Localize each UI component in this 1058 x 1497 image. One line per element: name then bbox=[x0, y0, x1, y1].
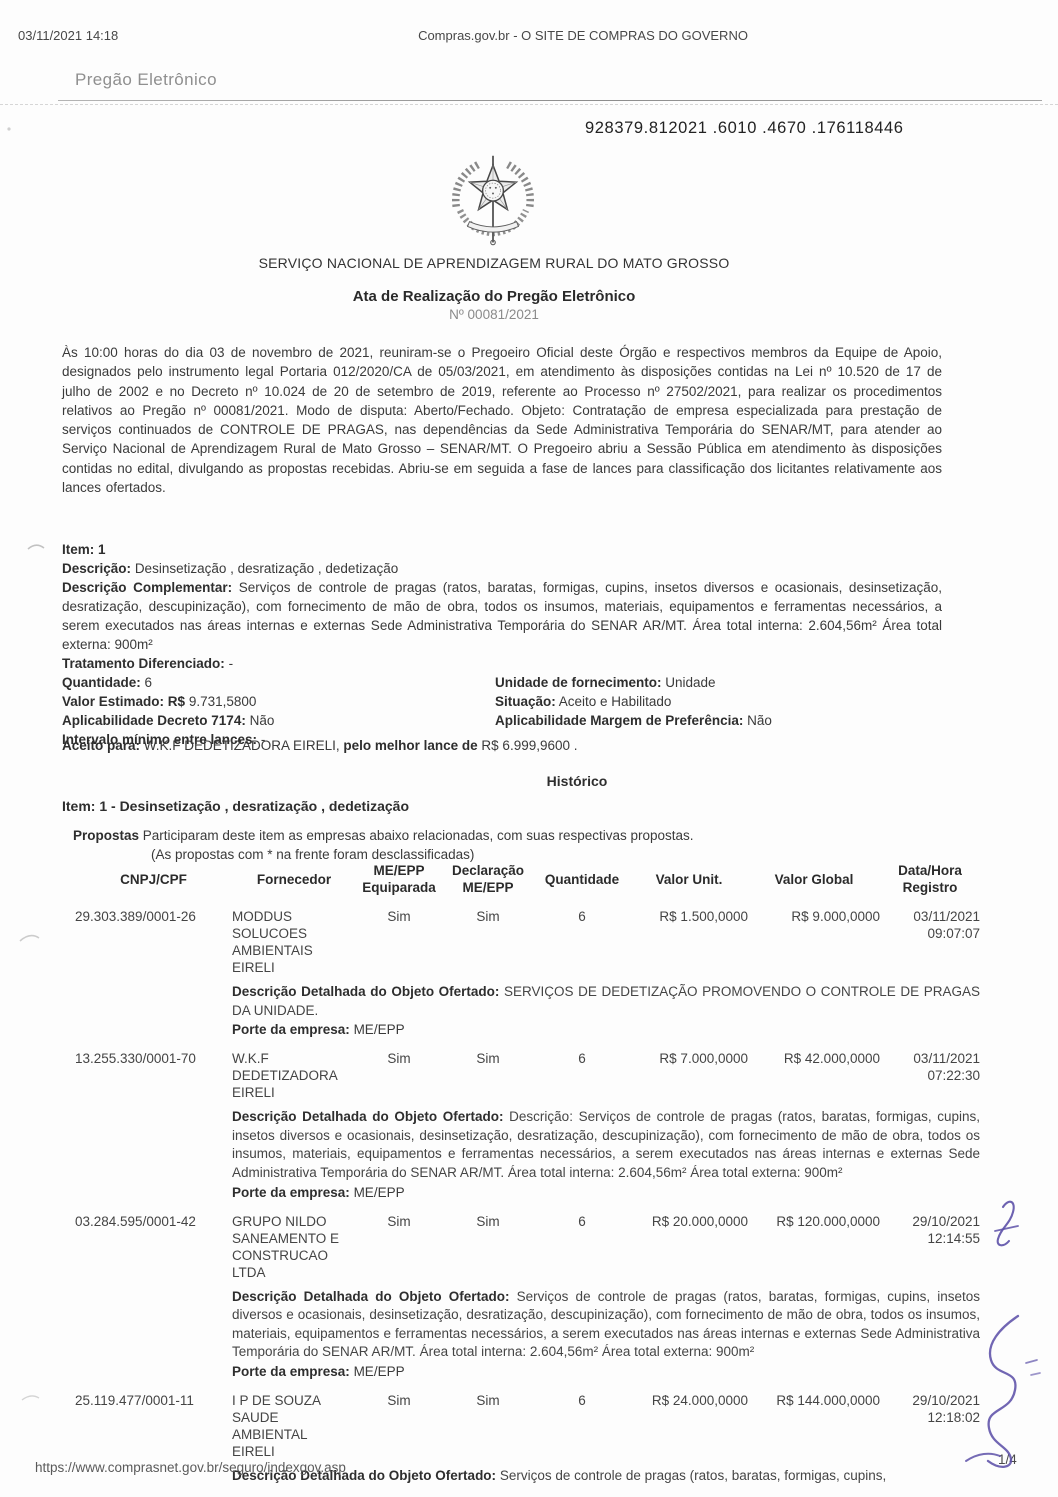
pen-signature-stroke bbox=[988, 1316, 1018, 1467]
historico-title: Histórico bbox=[547, 773, 608, 789]
cell-valor-unit: R$ 7.000,0000 bbox=[630, 1050, 748, 1101]
col-header-quantidade: Quantidade bbox=[534, 871, 630, 888]
document-number: Nº 00081/2021 bbox=[449, 307, 539, 322]
col-header-fornecedor: Fornecedor bbox=[232, 871, 356, 888]
cell-fornecedor: GRUPO NILDO SANEAMENTO E CONSTRUCAO LTDA bbox=[232, 1213, 356, 1281]
cell-valor-unit: R$ 1.500,0000 bbox=[630, 908, 748, 976]
field-unidade: Unidade de fornecimento: Unidade bbox=[495, 673, 942, 692]
cell-quantidade: 6 bbox=[534, 908, 630, 976]
pen-rubric-mark bbox=[998, 1202, 1014, 1246]
scan-artifact bbox=[20, 936, 39, 941]
cell-data-hora: 29/10/2021 12:18:02 bbox=[880, 1392, 980, 1460]
page-number: 1/4 bbox=[998, 1452, 1017, 1467]
table-row: 29.303.389/0001-26 MODDUS SOLUCOES AMBIE… bbox=[75, 908, 980, 1039]
item-descricao: Descrição: Desinsetização , desratização… bbox=[62, 559, 942, 578]
footer-url: https://www.comprasnet.gov.br/seguro/ind… bbox=[35, 1460, 346, 1475]
horizontal-rule-faint bbox=[0, 104, 1058, 105]
cell-valor-global: R$ 42.000,0000 bbox=[748, 1050, 880, 1101]
cell-valor-unit: R$ 20.000,0000 bbox=[630, 1213, 748, 1281]
cell-fornecedor: MODDUS SOLUCOES AMBIENTAIS EIRELI bbox=[232, 908, 356, 976]
table-body: 29.303.389/0001-26 MODDUS SOLUCOES AMBIE… bbox=[75, 908, 980, 1486]
cell-me-epp: Sim bbox=[356, 1213, 442, 1281]
cell-declaracao: Sim bbox=[442, 1392, 534, 1460]
row-porte: Porte da empresa: ME/EPP bbox=[232, 1021, 980, 1039]
pen-dash-2 bbox=[1031, 1373, 1040, 1375]
cell-fornecedor: W.K.F DEDETIZADORA EIRELI bbox=[232, 1050, 356, 1101]
row-porte: Porte da empresa: ME/EPP bbox=[232, 1363, 980, 1381]
cell-fornecedor: I P DE SOUZA SAUDE AMBIENTAL EIRELI bbox=[232, 1392, 356, 1460]
cell-valor-global: R$ 144.000,0000 bbox=[748, 1392, 880, 1460]
cell-declaracao: Sim bbox=[442, 1050, 534, 1101]
field-margem: Aplicabilidade Margem de Preferência: Nã… bbox=[495, 711, 942, 730]
col-header-data-hora: Data/Hora Registro bbox=[880, 862, 980, 896]
cell-valor-unit: R$ 24.000,0000 bbox=[630, 1392, 748, 1460]
row-description: Descrição Detalhada do Objeto Ofertado: … bbox=[232, 1288, 980, 1362]
document-title: Ata de Realização do Pregão Eletrônico bbox=[353, 288, 636, 305]
propostas-line: Propostas Participaram deste item as emp… bbox=[73, 827, 973, 846]
item-descricao-complementar: Descrição Complementar: Serviços de cont… bbox=[62, 578, 942, 654]
cell-cnpj: 25.119.477/0001-11 bbox=[75, 1392, 232, 1460]
cell-quantidade: 6 bbox=[534, 1213, 630, 1281]
section-title: Pregão Eletrônico bbox=[75, 70, 217, 90]
process-code: 928379.812021 .6010 .4670 .176118446 bbox=[585, 119, 904, 138]
col-header-declaracao: Declaração ME/EPP bbox=[442, 862, 534, 896]
cell-quantidade: 6 bbox=[534, 1392, 630, 1460]
item-tratamento: Tratamento Diferenciado: - bbox=[62, 654, 942, 673]
item-section: Item: 1 Descrição: Desinsetização , desr… bbox=[62, 540, 942, 749]
col-header-valor-global: Valor Global bbox=[748, 871, 880, 888]
cell-quantidade: 6 bbox=[534, 1050, 630, 1101]
historico-item-title: Item: 1 - Desinsetização , desratização … bbox=[62, 798, 409, 814]
organization-name: SERVIÇO NACIONAL DE APRENDIZAGEM RURAL D… bbox=[259, 255, 730, 271]
item-fields-right: Unidade de fornecimento: Unidade Situaçã… bbox=[495, 673, 942, 730]
cell-cnpj: 29.303.389/0001-26 bbox=[75, 908, 232, 976]
horizontal-rule bbox=[58, 100, 1042, 101]
cell-me-epp: Sim bbox=[356, 1050, 442, 1101]
cell-me-epp: Sim bbox=[356, 1392, 442, 1460]
row-description: Descrição Detalhada do Objeto Ofertado: … bbox=[232, 983, 980, 1020]
cell-data-hora: 03/11/2021 07:22:30 bbox=[880, 1050, 980, 1101]
cell-valor-global: R$ 9.000,0000 bbox=[748, 908, 880, 976]
cell-cnpj: 13.255.330/0001-70 bbox=[75, 1050, 232, 1101]
table-row: 13.255.330/0001-70 W.K.F DEDETIZADORA EI… bbox=[75, 1050, 980, 1201]
cell-declaracao: Sim bbox=[442, 908, 534, 976]
cell-declaracao: Sim bbox=[442, 1213, 534, 1281]
col-header-cnpj: CNPJ/CPF bbox=[75, 871, 232, 888]
pen-rubric-cross bbox=[995, 1226, 1018, 1231]
scan-artifact bbox=[22, 1396, 39, 1400]
cell-valor-global: R$ 120.000,0000 bbox=[748, 1213, 880, 1281]
item-title: Item: 1 bbox=[62, 540, 942, 559]
propostas-table: CNPJ/CPF Fornecedor ME/EPP Equiparada De… bbox=[75, 862, 980, 1497]
pen-dash-1 bbox=[1026, 1360, 1037, 1363]
col-header-me-epp: ME/EPP Equiparada bbox=[356, 862, 442, 896]
cell-data-hora: 03/11/2021 09:07:07 bbox=[880, 908, 980, 976]
scan-artifact bbox=[28, 545, 44, 549]
table-row: 03.284.595/0001-42 GRUPO NILDO SANEAMENT… bbox=[75, 1213, 980, 1381]
print-site-title: Compras.gov.br - O SITE DE COMPRAS DO GO… bbox=[0, 28, 1058, 43]
col-header-valor-unit: Valor Unit. bbox=[630, 871, 748, 888]
field-situacao: Situação: Aceito e Habilitado bbox=[495, 692, 942, 711]
row-porte: Porte da empresa: ME/EPP bbox=[232, 1184, 980, 1202]
cell-data-hora: 29/10/2021 12:14:55 bbox=[880, 1213, 980, 1281]
intro-paragraph: Às 10:00 horas do dia 03 de novembro de … bbox=[62, 343, 942, 497]
row-description: Descrição Detalhada do Objeto Ofertado: … bbox=[232, 1108, 980, 1182]
table-header-row: CNPJ/CPF Fornecedor ME/EPP Equiparada De… bbox=[75, 862, 980, 896]
propostas-block: Propostas Participaram deste item as emp… bbox=[73, 827, 973, 864]
cell-cnpj: 03.284.595/0001-42 bbox=[75, 1213, 232, 1281]
aceito-line: Aceito para: W.K.F DEDETIZADORA EIRELI, … bbox=[62, 738, 1002, 753]
document-page: 03/11/2021 14:18 Compras.gov.br - O SITE… bbox=[0, 0, 1058, 1497]
brazil-coat-of-arms-icon bbox=[441, 152, 545, 253]
scan-artifact bbox=[7, 127, 10, 130]
cell-me-epp: Sim bbox=[356, 908, 442, 976]
